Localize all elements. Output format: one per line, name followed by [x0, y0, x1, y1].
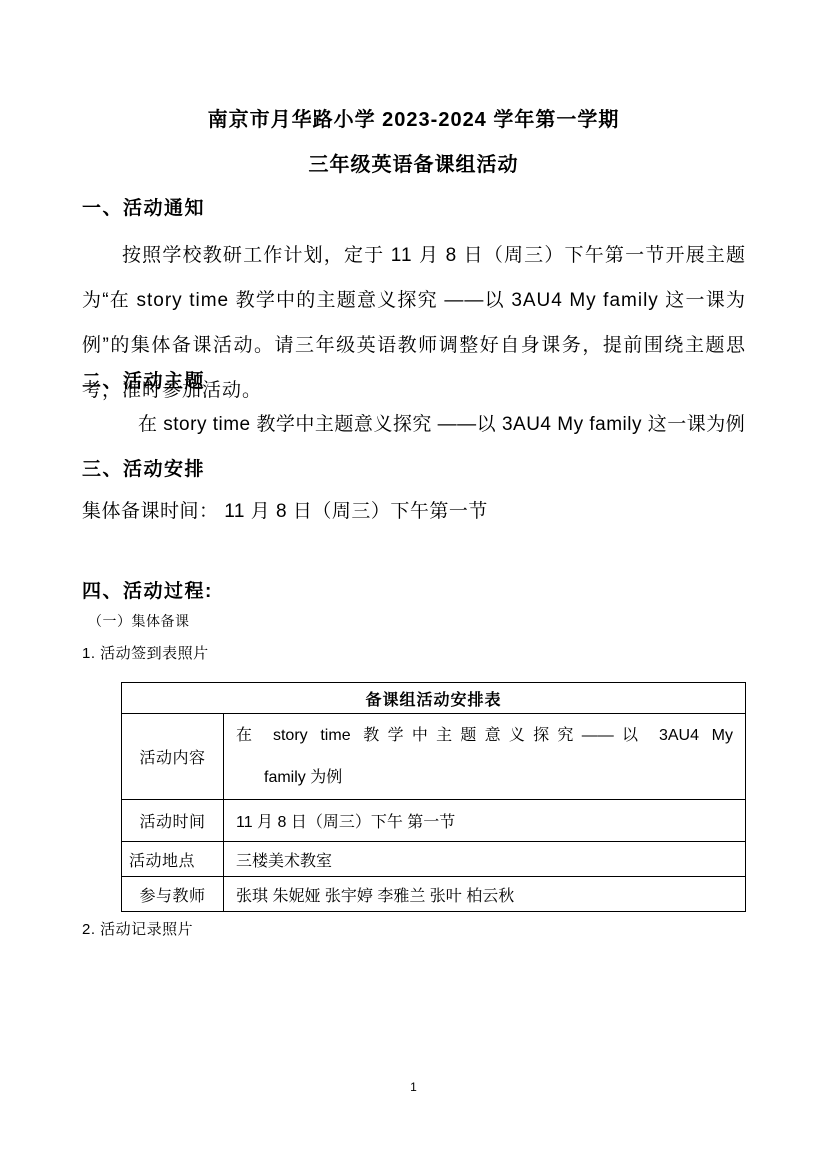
section2-theme-text: 在 story time 教学中主题意义探究 ——以 3AU4 My famil… — [82, 412, 746, 438]
activity-content-line1: 在 story time 教学中主题意义探究——以 3AU4 My — [236, 715, 733, 757]
table-value-activity-content: 在 story time 教学中主题意义探究——以 3AU4 My family… — [224, 714, 746, 800]
table-row: 活动地点 三楼美术教室 — [122, 842, 746, 877]
activity-table-container: 备课组活动安排表 活动内容 在 story time 教学中主题意义探究——以 … — [121, 682, 746, 912]
table-row: 活动时间 11 月 8 日（周三）下午 第一节 — [122, 800, 746, 842]
table-label-teachers: 参与教师 — [122, 877, 224, 912]
section3-heading: 三、活动安排 — [82, 458, 205, 482]
table-value-teachers: 张琪 朱妮娅 张宇婷 李雅兰 张叶 柏云秋 — [224, 877, 746, 912]
page-number: 1 — [0, 1080, 827, 1094]
section1-heading: 一、活动通知 — [82, 197, 205, 221]
table-label-activity-content: 活动内容 — [122, 714, 224, 800]
table-row: 活动内容 在 story time 教学中主题意义探究——以 3AU4 My f… — [122, 714, 746, 800]
section4-heading: 四、活动过程: — [82, 580, 213, 604]
document-page: 南京市月华路小学 2023-2024 学年第一学期 三年级英语备课组活动 一、活… — [0, 0, 827, 1170]
table-title: 备课组活动安排表 — [122, 683, 746, 714]
table-label-activity-place: 活动地点 — [122, 842, 224, 877]
activity-schedule-table: 备课组活动安排表 活动内容 在 story time 教学中主题意义探究——以 … — [121, 682, 746, 912]
table-title-row: 备课组活动安排表 — [122, 683, 746, 714]
table-row: 参与教师 张琪 朱妮娅 张宇婷 李雅兰 张叶 柏云秋 — [122, 877, 746, 912]
table-value-activity-time: 11 月 8 日（周三）下午 第一节 — [224, 800, 746, 842]
table-value-activity-place: 三楼美术教室 — [224, 842, 746, 877]
doc-title-line1: 南京市月华路小学 2023-2024 学年第一学期 — [0, 108, 827, 132]
section4-subsection-label: （一）集体备课 — [88, 612, 190, 630]
section4-item2-label: 2. 活动记录照片 — [82, 920, 193, 939]
section3-schedule-text: 集体备课时间： 11 月 8 日（周三）下午第一节 — [82, 499, 746, 525]
section4-item1-label: 1. 活动签到表照片 — [82, 644, 209, 663]
doc-title-line2: 三年级英语备课组活动 — [0, 153, 827, 177]
activity-content-line2: family 为例 — [236, 757, 733, 799]
table-label-activity-time: 活动时间 — [122, 800, 224, 842]
section2-heading: 二、活动主题 — [82, 370, 205, 394]
